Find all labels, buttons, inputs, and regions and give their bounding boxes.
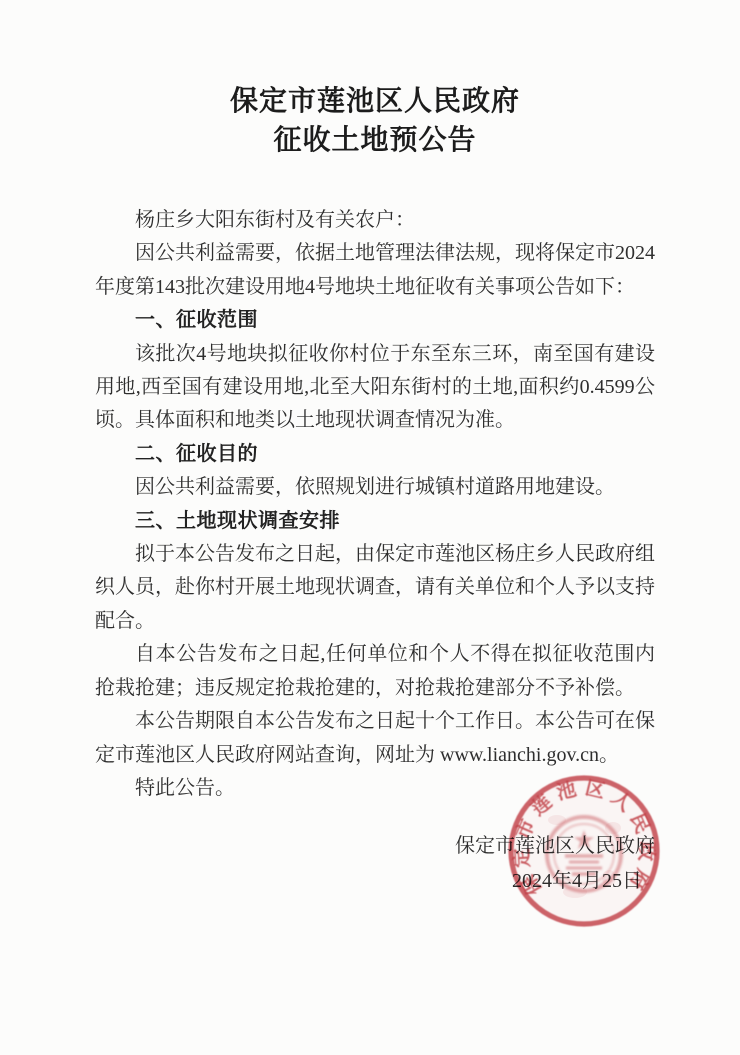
salutation: 杨庄乡大阳东街村及有关农户： <box>95 204 655 237</box>
section-2-paragraph: 因公共利益需要，依照规划进行城镇村道路用地建设。 <box>95 471 655 504</box>
section-1-paragraph: 该批次4号地块拟征收你村位于东至东三环，南至国有建设用地,西至国有建设用地,北至… <box>95 338 655 438</box>
section-1-heading: 一、征收范围 <box>95 304 655 337</box>
document-body: 保定市莲池区人民政府 征收土地预公告 杨庄乡大阳东街村及有关农户： 因公共利益需… <box>95 0 655 899</box>
closing-phrase: 特此公告。 <box>95 772 655 805</box>
announcement-content: 杨庄乡大阳东街村及有关农户： 因公共利益需要，依据土地管理法律法规，现将保定市2… <box>95 204 655 805</box>
signature-block: 保定市莲池区人民政府 2024年4月25日 <box>95 830 655 899</box>
document-title: 保定市莲池区人民政府 征收土地预公告 <box>95 0 655 160</box>
intro-paragraph: 因公共利益需要，依据土地管理法律法规，现将保定市2024年度第143批次建设用地… <box>95 237 655 304</box>
no-rush-planting-paragraph: 自本公告发布之日起,任何单位和个人不得在拟征收范围内抢栽抢建；违反规定抢栽抢建的… <box>95 638 655 705</box>
title-line-1: 保定市莲池区人民政府 <box>95 82 655 121</box>
section-2-heading: 二、征收目的 <box>95 438 655 471</box>
duration-and-website-paragraph: 本公告期限自本公告发布之日起十个工作日。本公告可在保定市莲池区人民政府网站查询，… <box>95 705 655 772</box>
issue-date: 2024年4月25日 <box>95 863 655 899</box>
title-line-2: 征收土地预公告 <box>95 121 655 160</box>
scanned-announcement-page: 保定市莲池区人民政府 征收土地预公告 杨庄乡大阳东街村及有关农户： 因公共利益需… <box>0 0 740 1055</box>
section-3-paragraph: 拟于本公告发布之日起，由保定市莲池区杨庄乡人民政府组织人员，赴你村开展土地现状调… <box>95 538 655 638</box>
section-3-heading: 三、土地现状调查安排 <box>95 505 655 538</box>
issuing-authority: 保定市莲池区人民政府 <box>95 830 655 863</box>
